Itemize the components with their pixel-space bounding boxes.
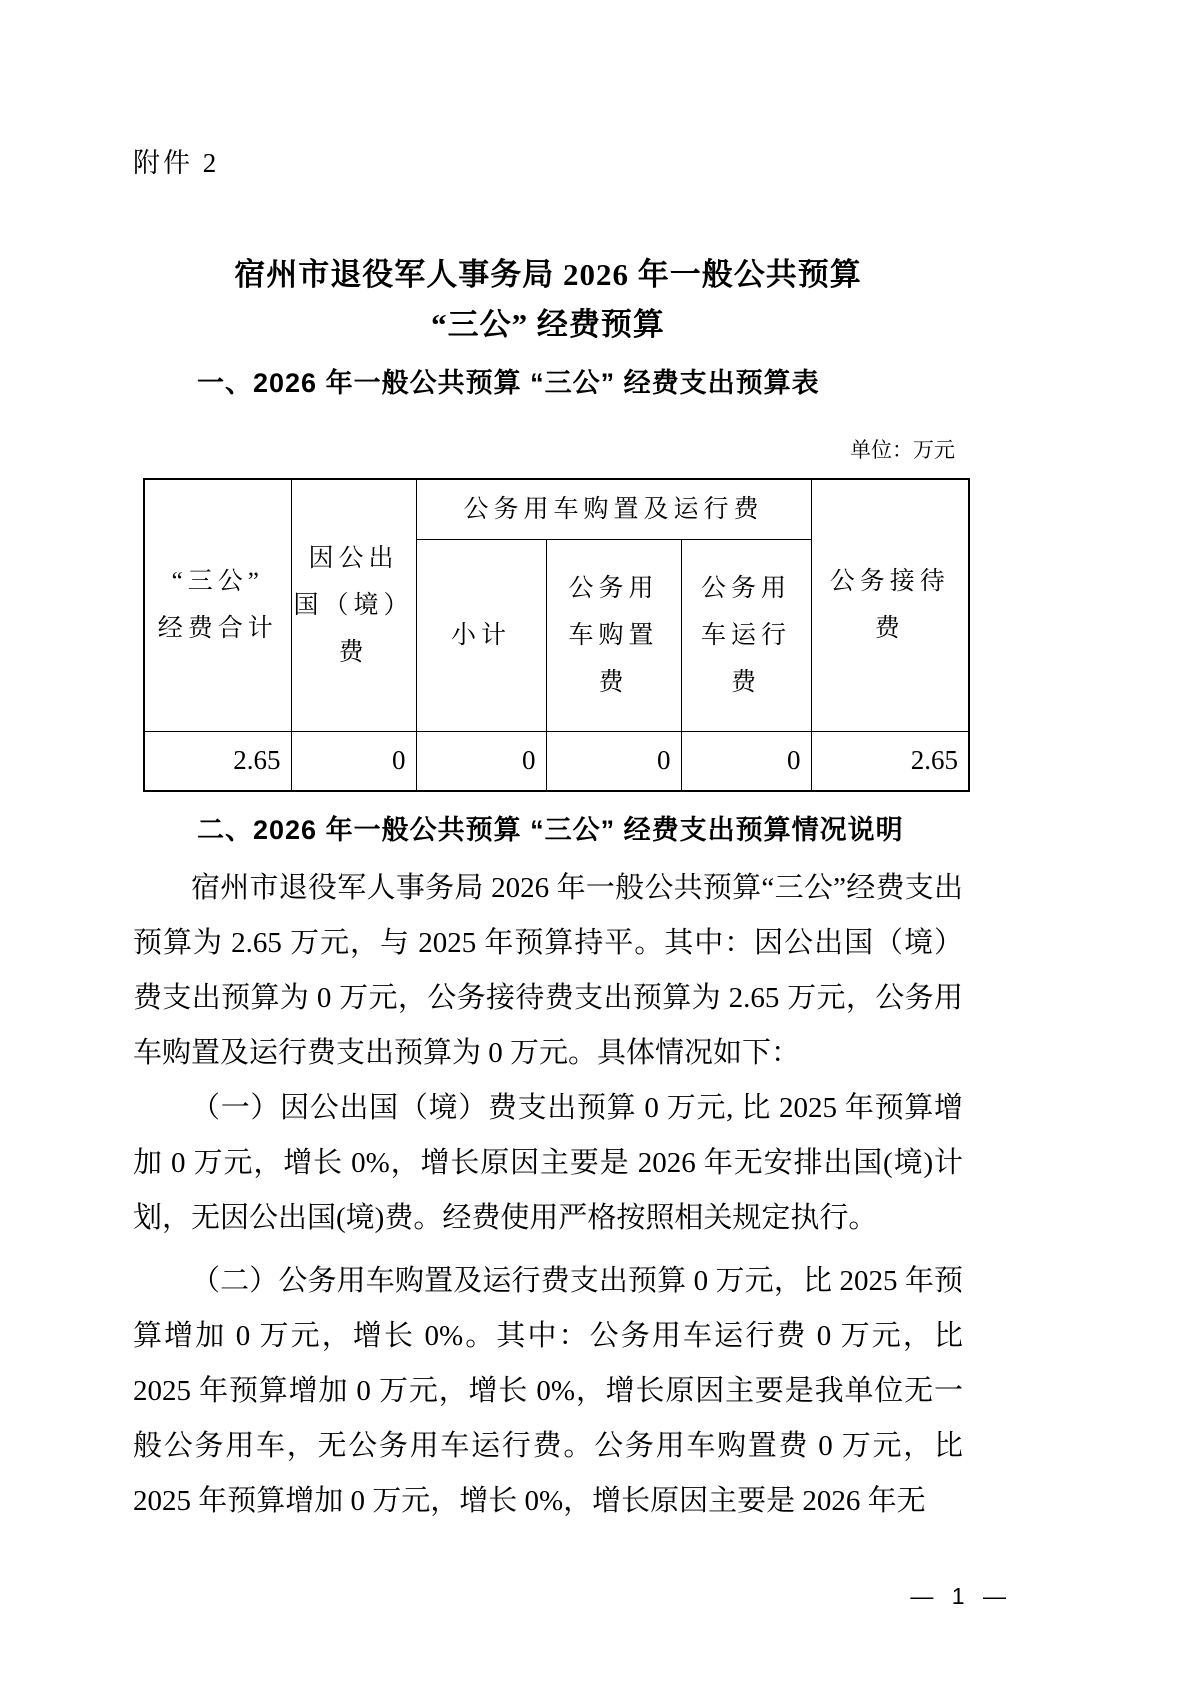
document-content: 附件 2 宿州市退役军人事务局 2026 年一般公共预算 “三公” 经费预算 一… [133, 0, 963, 1529]
col-header-vehicle-purchase: 公务用 车购置 费 [546, 539, 681, 731]
unit-note: 单位：万元 [133, 437, 963, 463]
document-page: 附件 2 宿州市退役军人事务局 2026 年一般公共预算 “三公” 经费预算 一… [0, 0, 1190, 1683]
cell-three-public-total: 2.65 [144, 731, 291, 791]
page-number: — 1 — [910, 1583, 1012, 1610]
col-header-reception-fee: 公务接待 费 [811, 479, 969, 731]
col-header-vehicle-group: 公务用车购置及运行费 [416, 479, 811, 539]
cell-reception-fee: 2.65 [811, 731, 969, 791]
section2-heading: 二、2026 年一般公共预算 “三公” 经费支出预算情况说明 [133, 810, 963, 850]
paragraph-abroad-fee-detail: （一）因公出国（境）费支出预算 0 万元, 比 2025 年预算增加 0 万元，… [133, 1081, 963, 1246]
section1-heading: 一、2026 年一般公共预算 “三公” 经费支出预算表 [133, 362, 963, 404]
col-header-three-public-total: “三公” 经费合计 [144, 479, 291, 731]
attachment-label: 附件 2 [133, 145, 963, 181]
paragraph-vehicle-fee-detail: （二）公务用车购置及运行费支出预算 0 万元，比 2025 年预算增加 0 万元… [133, 1254, 963, 1529]
table-header-row-1: “三公” 经费合计 因公出 国（境） 费 公务用车购置及运行费 公务接待 费 [144, 479, 969, 539]
document-title: 宿州市退役军人事务局 2026 年一般公共预算 “三公” 经费预算 [133, 250, 963, 350]
col-header-vehicle-operation: 公务用 车运行 费 [681, 539, 811, 731]
cell-abroad-fee: 0 [291, 731, 416, 791]
cell-vehicle-operation: 0 [681, 731, 811, 791]
paragraph-overview: 宿州市退役军人事务局 2026 年一般公共预算“三公”经费支出预算为 2.65 … [133, 861, 963, 1081]
col-header-abroad-fee: 因公出 国（境） 费 [291, 479, 416, 731]
budget-table: “三公” 经费合计 因公出 国（境） 费 公务用车购置及运行费 公务接待 费 小… [143, 478, 970, 792]
cell-vehicle-subtotal: 0 [416, 731, 546, 791]
title-line-1: 宿州市退役军人事务局 2026 年一般公共预算 [133, 250, 963, 300]
table-data-row: 2.65 0 0 0 0 2.65 [144, 731, 969, 791]
title-line-2: “三公” 经费预算 [133, 300, 963, 350]
cell-vehicle-purchase: 0 [546, 731, 681, 791]
col-header-subtotal: 小计 [416, 539, 546, 731]
